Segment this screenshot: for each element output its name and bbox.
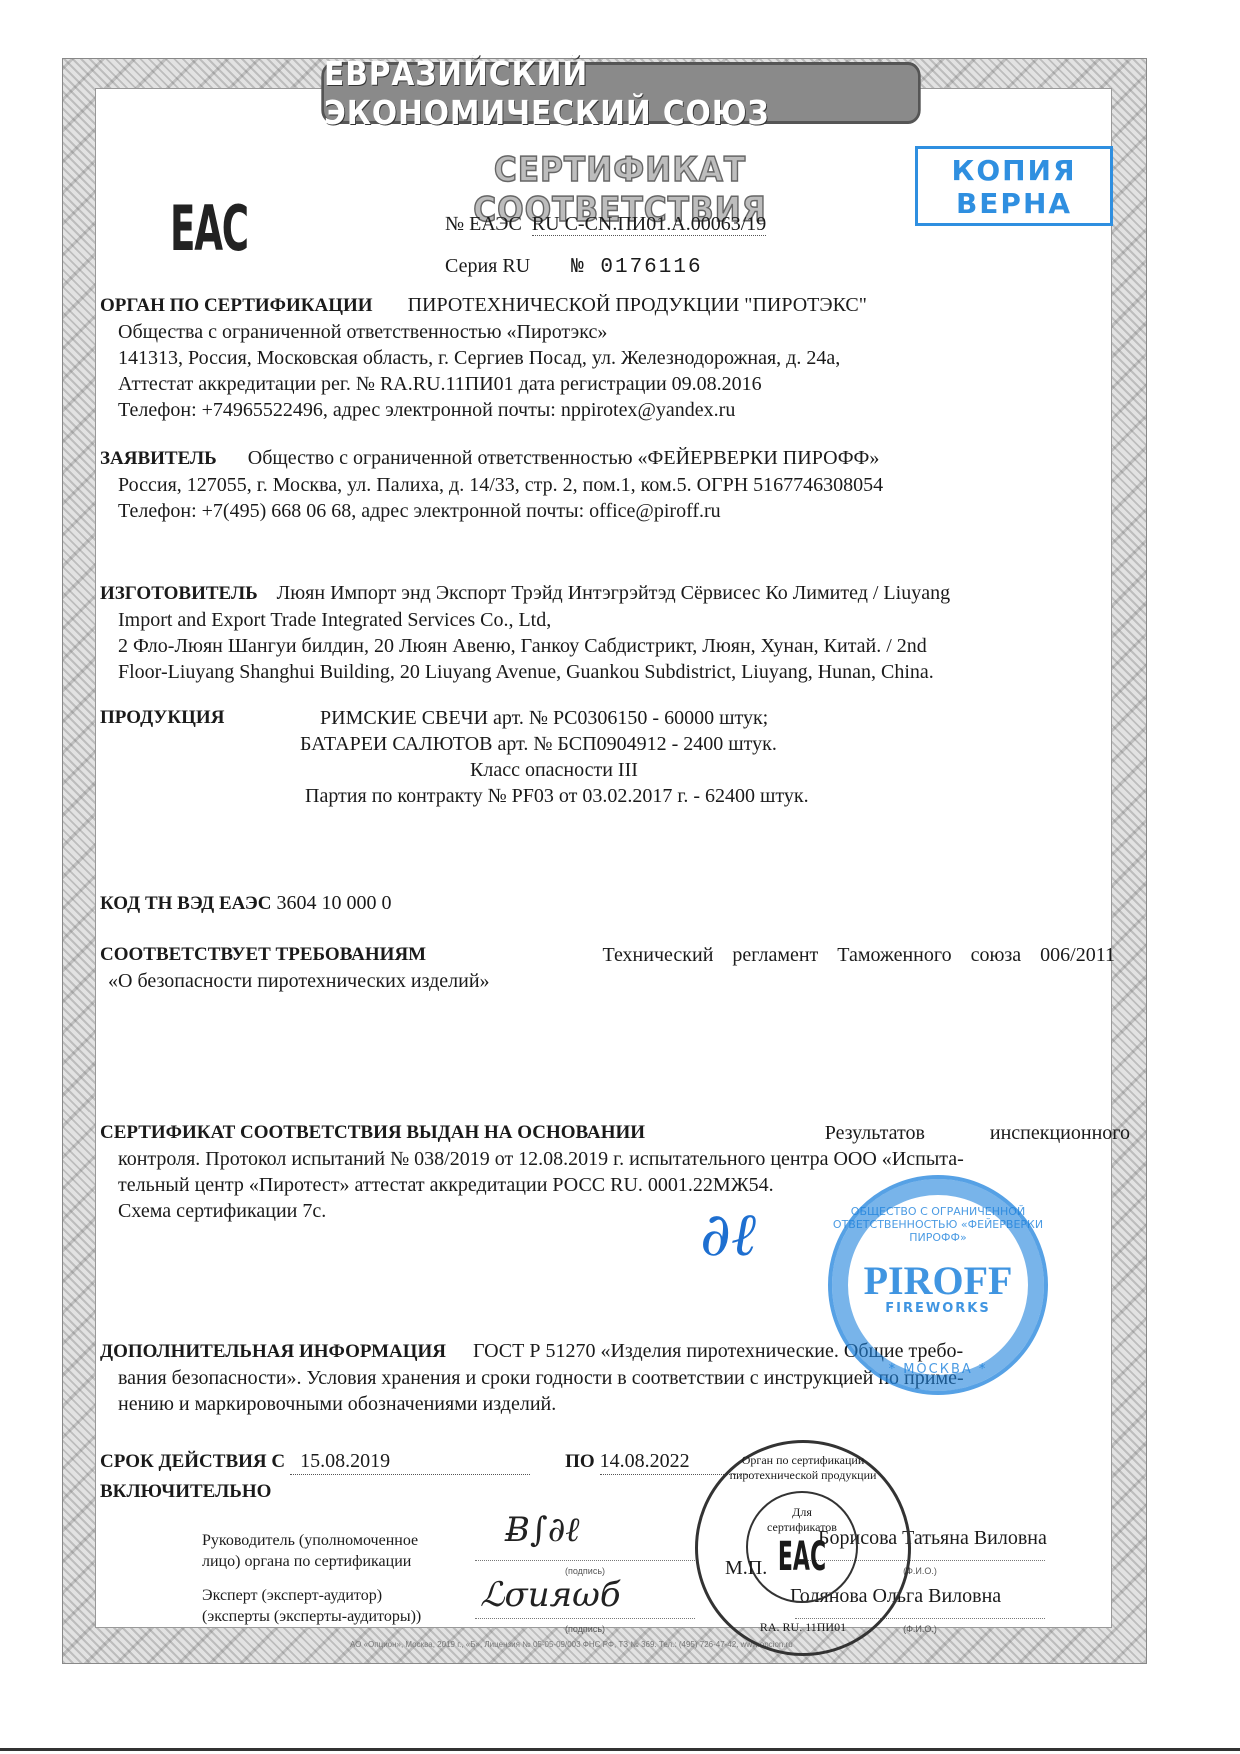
basis-text: Результатов инспекционного [825,1120,1130,1146]
conformity-regulation: Технический регламент Таможенного союза … [602,942,1115,968]
series-number-prefix: № [571,256,586,279]
head-signature-icon: Ƀ∫∂ℓ [505,1510,579,1550]
expert-signature-line: (подпись) [475,1618,695,1637]
section-label: КОД ТН ВЭД ЕАЭС [100,893,271,914]
tn-ved-code: 3604 10 000 0 [276,892,391,914]
additional-line: нению и маркировочными обозначениями изд… [100,1391,1130,1417]
section-tn-ved: КОД ТН ВЭД ЕАЭС 3604 10 000 0 [100,890,1130,917]
body-line: 141313, Россия, Московская область, г. С… [100,345,1130,371]
cert-number-value: RU C-CN.ПИ01.А.00063/19 [532,213,766,236]
head-label-line: Руководитель (уполномоченное [202,1530,418,1551]
copy-certified-stamp: КОПИЯ ВЕРНА [915,146,1113,226]
copy-stamp-line2: ВЕРНА [918,187,1110,220]
section-label: ДОПОЛНИТЕЛЬНАЯ ИНФОРМАЦИЯ [100,1341,446,1362]
seal-inner-circle: Для сертификатов EAC [746,1491,858,1603]
body-line: Общества с ограниченной ответственностью… [100,319,1130,345]
name-caption: (Ф.И.О.) [903,1624,937,1634]
certification-body-seal: Орган по сертификации пиротехнической пр… [695,1440,911,1656]
scan-edge-line [0,1748,1240,1751]
head-label-line: лицо) органа по сертификации [202,1551,418,1572]
printer-imprint: АО «Опцион», Москва, 2019 г., «Б», Лицен… [350,1640,1140,1649]
section-applicant: ЗАЯВИТЕЛЬ Общество с ограниченной ответс… [100,445,1130,524]
manufacturer-line: Floor-Liuyang Shanghui Building, 20 Liuy… [100,659,1130,685]
section-label: ИЗГОТОВИТЕЛЬ [100,583,258,604]
applicant-line: Россия, 127055, г. Москва, ул. Палиха, д… [100,472,1130,498]
applicant-name: Общество с ограниченной ответственностью… [248,447,880,469]
piroff-company-stamp: ОБЩЕСТВО С ОГРАНИЧЕННОЙ ОТВЕТСТВЕННОСТЬЮ… [828,1175,1048,1395]
certificate-number: № ЕАЭС RU C-CN.ПИ01.А.00063/19 [445,213,766,236]
manufacturer-line: 2 Фло-Люян Шангуи билдин, 20 Люян Авеню,… [100,633,1130,659]
manufacturer-name: Люян Импорт энд Экспорт Трэйд Интэгрэйтэ… [277,582,950,604]
seal-bottom-text: RA. RU. 11ПИ01 [698,1620,908,1635]
section-label: СООТВЕТСТВУЕТ ТРЕБОВАНИЯМ [100,942,426,968]
series-number-value: 0176116 [600,256,702,279]
seal-mid-text: сертификатов [748,1520,856,1535]
section-manufacturer: ИЗГОТОВИТЕЛЬ Люян Импорт энд Экспорт Трэ… [100,580,1130,685]
expert-label-line: Эксперт (эксперт-аудитор) [202,1585,421,1606]
head-signatory-label: Руководитель (уполномоченное лицо) орган… [202,1530,418,1572]
seal-label: М.П. [725,1555,767,1581]
validity-from-label: СРОК ДЕЙСТВИЯ С [100,1451,285,1472]
seal-ring-text: Орган по сертификации пиротехнической пр… [698,1453,908,1483]
stamp-sub: FIREWORKS [832,1301,1044,1316]
seal-eac-logo-icon: EAC [772,1535,831,1579]
seal-top-text: Для [748,1505,856,1520]
cert-number-prefix: № ЕАЭС [445,213,522,235]
manufacturer-line: Import and Export Trade Integrated Servi… [100,607,1130,633]
batch-contract: Партия по контракту № PF03 от 03.02.2017… [100,783,1130,809]
body-line: Телефон: +74965522496, адрес электронной… [100,397,1130,423]
validity-inclusive: ВКЛЮЧИТЕЛЬНО [100,1479,1130,1505]
certification-body-name: ПИРОТЕХНИЧЕСКОЙ ПРОДУКЦИИ "ПИРОТЭКС" [408,294,867,316]
stamp-ring-text: ОБЩЕСТВО С ОГРАНИЧЕННОЙ ОТВЕТСТВЕННОСТЬЮ… [832,1205,1044,1244]
stamp-city: * МОСКВА * [832,1362,1044,1377]
hazard-class: Класс опасности III [100,757,1130,783]
expert-label-line: (эксперты (эксперты-аудиторы)) [202,1606,421,1627]
conformity-line: «О безопасности пиротехнических изделий» [100,968,1130,994]
section-validity: СРОК ДЕЙСТВИЯ С 15.08.2019 ПО 14.08.2022… [100,1448,1130,1505]
section-conformity: СООТВЕТСТВУЕТ ТРЕБОВАНИЯМ Технический ре… [100,942,1130,994]
copy-stamp-line1: КОПИЯ [918,154,1110,187]
body-line: Аттестат аккредитации рег. № RA.RU.11ПИ0… [100,371,1130,397]
series-number: Серия RU № 0176116 [445,255,703,279]
section-label: ПРОДУКЦИЯ [100,705,224,731]
section-certification-body: ОРГАН ПО СЕРТИФИКАЦИИ ПИРОТЕХНИЧЕСКОЙ ПР… [100,292,1130,423]
section-label: СЕРТИФИКАТ СООТВЕТСТВИЯ ВЫДАН НА ОСНОВАН… [100,1120,645,1146]
stamp-brand: PIROFF [832,1257,1044,1304]
validity-from-date: 15.08.2019 [290,1448,530,1475]
product-line: БАТАРЕИ САЛЮТОВ арт. № БСП0904912 - 2400… [100,731,1130,757]
eac-logo-icon: EAC [170,192,248,265]
section-label: ОРГАН ПО СЕРТИФИКАЦИИ [100,295,373,316]
signature-caption: (подпись) [565,1624,605,1634]
series-label: Серия RU [445,255,530,277]
expert-signature-icon: ℒσияωб [480,1575,621,1615]
validity-to-label: ПО [565,1451,595,1472]
basis-line: контроля. Протокол испытаний № 038/2019 … [100,1146,1130,1172]
product-line: РИМСКИЕ СВЕЧИ арт. № PC0306150 - 60000 ш… [100,705,1130,731]
union-banner: ЕВРАЗИЙСКИЙ ЭКОНОМИЧЕСКИЙ СОЮЗ [321,62,920,124]
applicant-signature-icon: ∂ℓ [700,1200,756,1270]
applicant-line: Телефон: +7(495) 668 06 68, адрес электр… [100,498,1130,524]
section-products: ПРОДУКЦИЯ РИМСКИЕ СВЕЧИ арт. № PC0306150… [100,705,1130,809]
expert-signatory-label: Эксперт (эксперт-аудитор) (эксперты (экс… [202,1585,421,1627]
section-label: ЗАЯВИТЕЛЬ [100,448,217,469]
